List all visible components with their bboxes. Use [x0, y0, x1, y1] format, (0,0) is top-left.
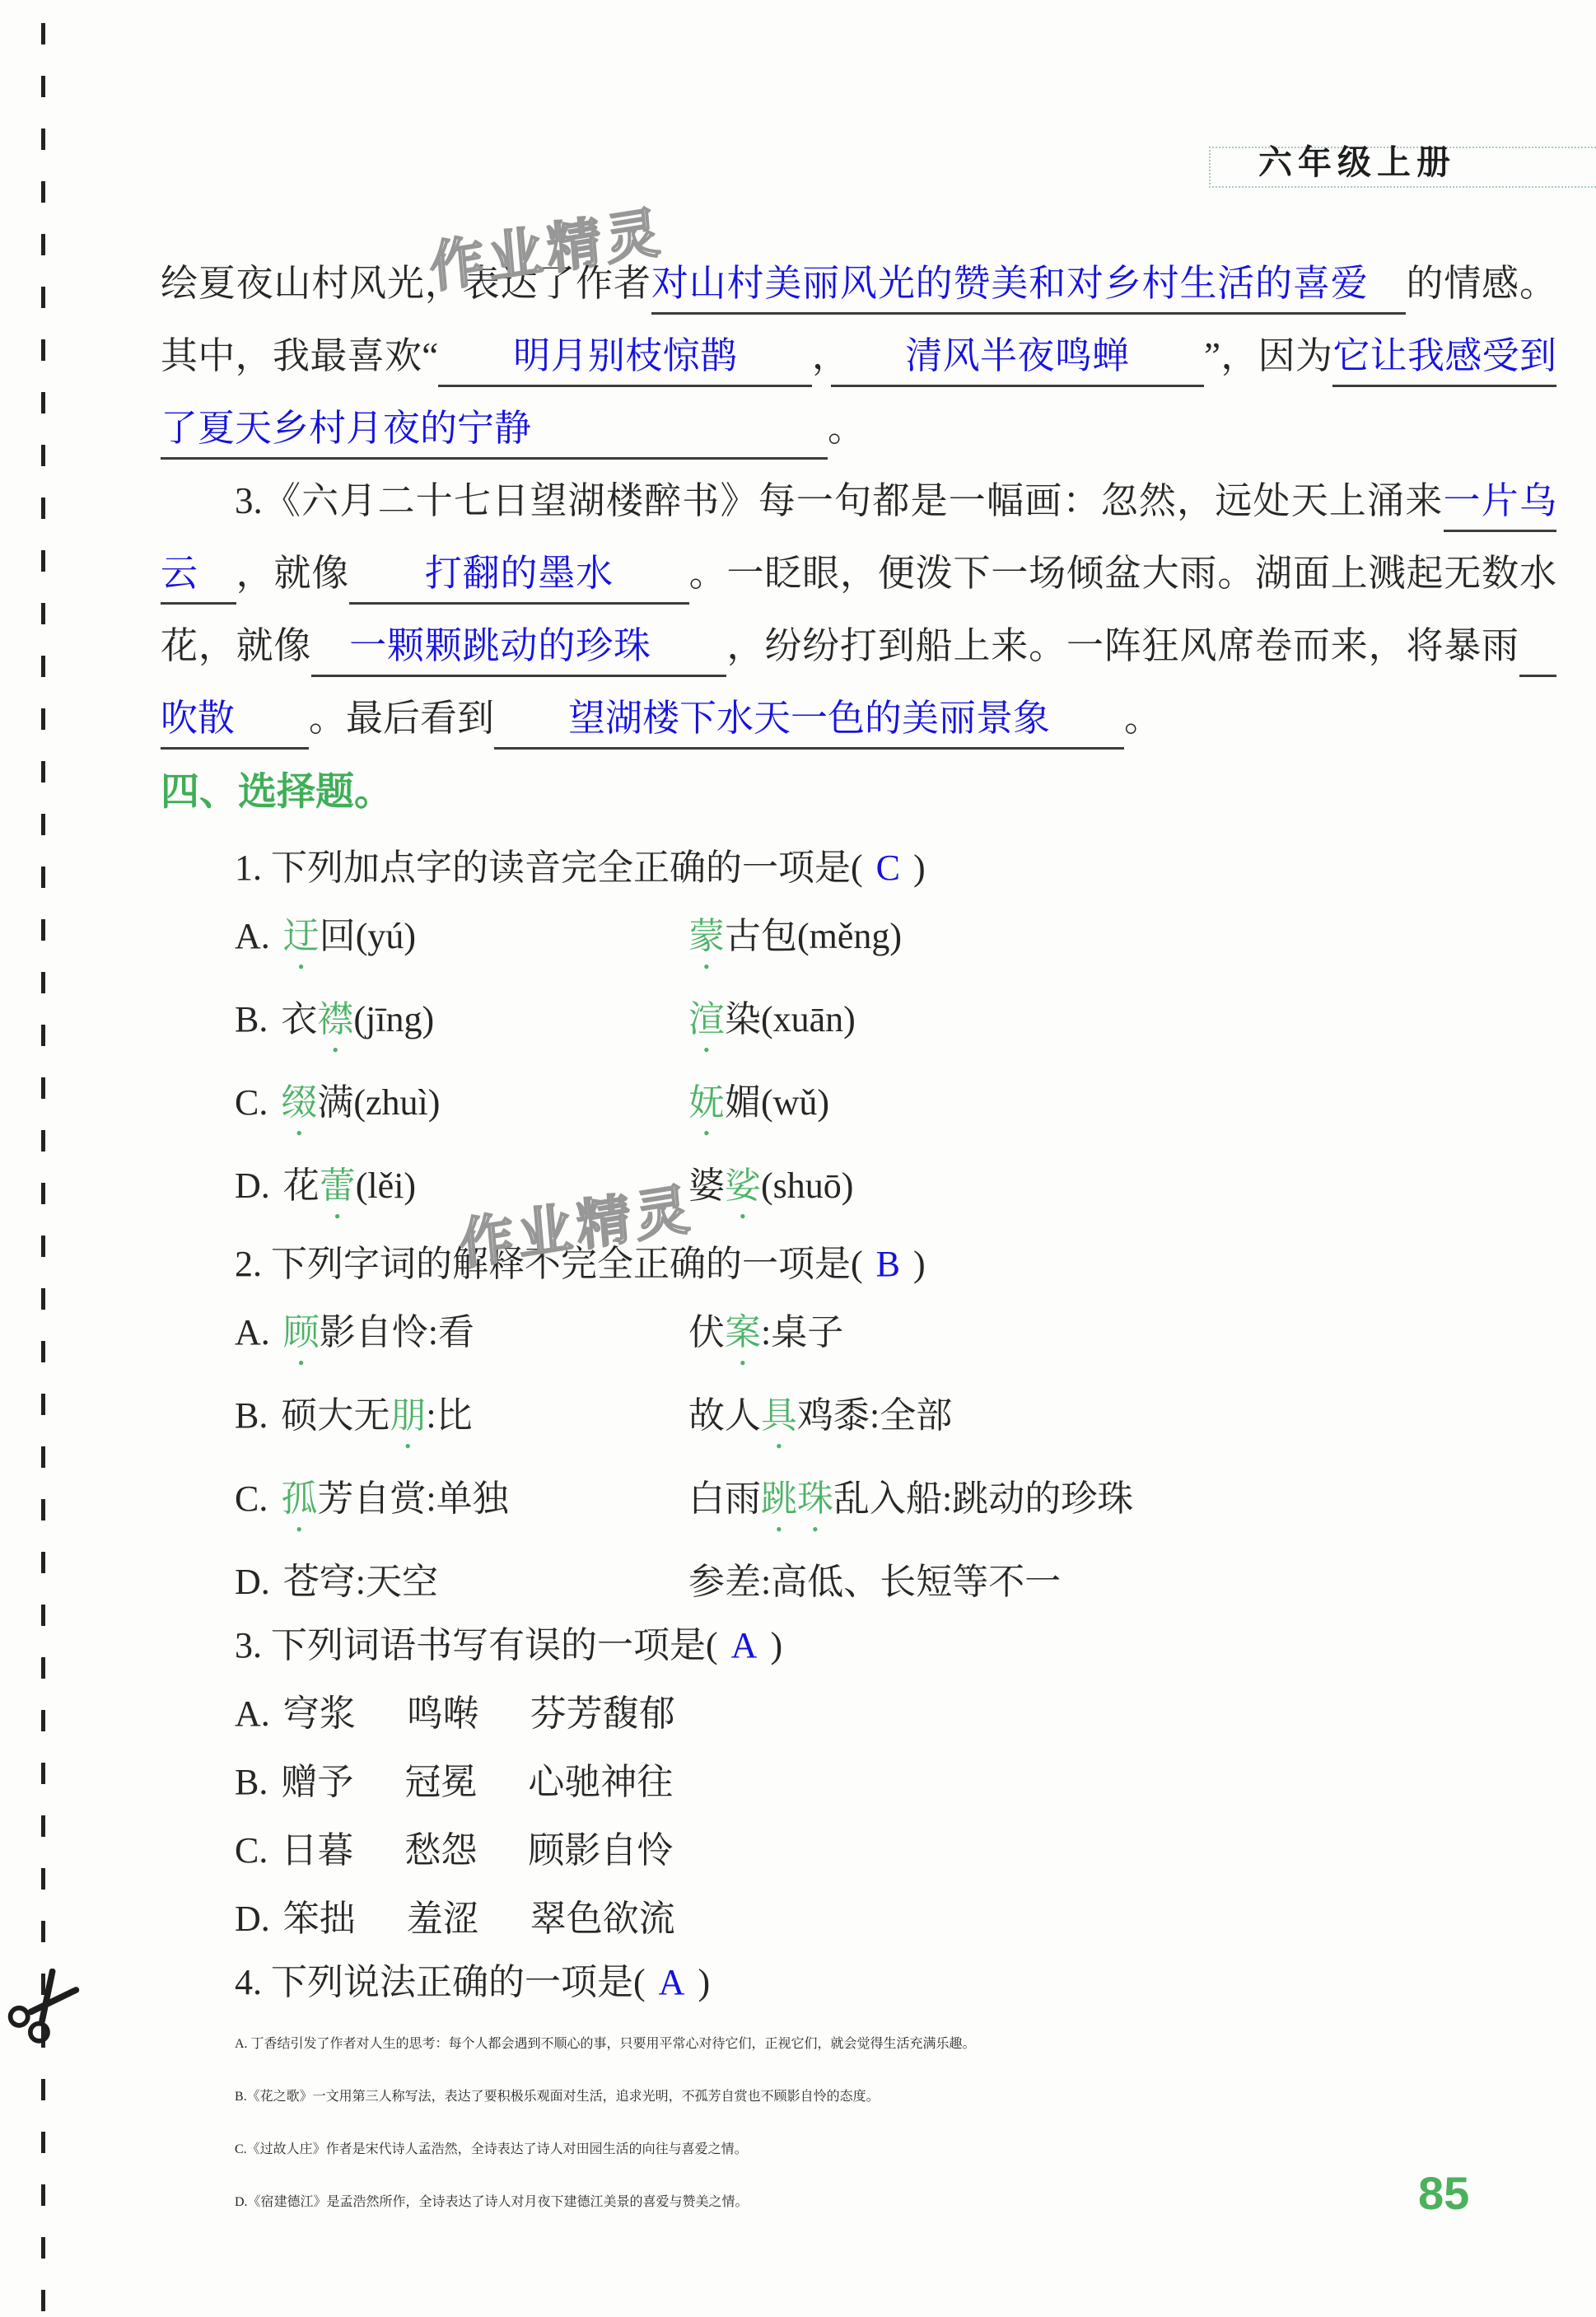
question-2-options-row: D.苍穹:天空参差:高低、长短等不一 — [161, 1556, 1556, 1608]
dotted-char: 朋 — [390, 1395, 426, 1436]
text-run: 回(yú) — [320, 916, 416, 956]
question-2-options-row: A.顾影自怜:看伏案:桌子 — [161, 1306, 1556, 1373]
text-run: ， — [812, 335, 831, 376]
option-word: 心驰神往 — [528, 1756, 673, 1808]
answer-letter: A — [718, 1625, 771, 1665]
dotted-char: 蕾 — [320, 1166, 356, 1206]
answer-blank: 一颗颗跳动的珍珠 — [311, 625, 726, 677]
section-heading: 四、选择题。 — [161, 754, 1556, 830]
text-run: B.《花之歌》一文用第三人称写法，表达了要积极乐观面对生活，追求光明，不孤芳自赏… — [235, 2090, 880, 2104]
option-cell-left: B.硕大无朋:比 — [235, 1390, 688, 1456]
answer-letter: B — [863, 1244, 913, 1284]
option-label: D. — [235, 1562, 270, 1602]
question-4-option-d: D.《宿建德江》是孟浩然所作，全诗表达了诗人对月夜下建德江美景的喜爱与赞美之情。 — [161, 2176, 1556, 2229]
text-run: 。最后看到 — [309, 698, 494, 739]
text-run: ) — [913, 1244, 926, 1284]
option-word: 鸣啭 — [407, 1688, 479, 1740]
question-4-stem: 4. 下列说法正确的一项是(A) — [161, 1956, 1556, 2008]
option-word: 日暮 — [281, 1824, 353, 1876]
text-run: A. 丁香结引发了作者对人生的思考：每个人都会遇到不顺心的事，只要用平常心对待它… — [235, 2037, 976, 2051]
text-run: 白雨 — [688, 1478, 761, 1519]
grade-header-title: 六年级上册 — [1258, 135, 1596, 184]
question-3-options-row: C.日暮愁怨顾影自怜 — [161, 1824, 1556, 1876]
text-run: (shuō) — [761, 1166, 853, 1206]
option-label: A. — [235, 916, 270, 956]
option-word: 芬芳馥郁 — [530, 1688, 675, 1740]
text-run: :桌子 — [761, 1312, 843, 1352]
option-label: C. — [235, 1478, 268, 1519]
option-cell-right: 参差:高低、长短等不一 — [688, 1556, 1556, 1608]
text-run: ) — [698, 1962, 710, 2002]
question-2-options-row: C.孤芳自赏:单独白雨跳珠乱入船:跳动的珍珠 — [161, 1473, 1556, 1539]
option-label: D. — [235, 1899, 270, 1939]
fill-paragraph-2: 3.《六月二十七日望湖楼醉书》每一句都是一幅画：忽然，远处天上涌来一片乌云 ，就… — [161, 465, 1556, 754]
dotted-char: 孤 — [281, 1478, 317, 1519]
option-label: D. — [235, 1166, 270, 1206]
question-4-option-a: A. 丁香结引发了作者对人生的思考：每个人都会遇到不顺心的事，只要用平常心对待它… — [161, 2018, 1556, 2071]
question-1-options-row: C.缀满(zhuì)妩媚(wǔ) — [161, 1077, 1556, 1143]
option-label: A. — [235, 1693, 270, 1734]
text-run: 。 — [828, 408, 865, 449]
question-3-stem: 3. 下列词语书写有误的一项是(A) — [161, 1619, 1556, 1671]
option-cell-right: 故人具鸡黍:全部 — [688, 1390, 1556, 1456]
option-cell-left: C.孤芳自赏:单独 — [235, 1473, 688, 1539]
scissors-icon — [3, 1969, 82, 2048]
question-3-options-row: D.笨拙羞涩翠色欲流 — [161, 1893, 1556, 1945]
dotted-char: 蒙 — [688, 916, 725, 956]
text-run: 古包(měng) — [725, 916, 902, 956]
text-run: 。 — [1124, 698, 1161, 739]
option-label: B. — [235, 1762, 268, 1802]
option-word: 冠冕 — [404, 1756, 477, 1808]
text-run: 1. 下列加点字的读音完全正确的一项是( — [235, 848, 863, 888]
dotted-char: 具 — [761, 1395, 797, 1436]
text-run: 伏 — [688, 1312, 725, 1352]
text-run: 影自怜:看 — [320, 1312, 474, 1352]
option-cell-right: 妩媚(wǔ) — [688, 1077, 1556, 1143]
dotted-char: 案 — [725, 1312, 761, 1352]
dotted-char: 缀 — [281, 1082, 317, 1123]
text-run: :比 — [426, 1395, 472, 1436]
text-run: 媚(wǔ) — [725, 1082, 829, 1123]
text-run: ，就像 — [236, 553, 350, 594]
option-word: 穹浆 — [283, 1688, 356, 1740]
answer-letter: C — [863, 848, 913, 888]
question-2-stem: 2. 下列字词的解释不完全正确的一项是(B) — [161, 1238, 1556, 1290]
option-cell-right: 婆娑(shuō) — [688, 1160, 1556, 1226]
text-run: (lěi) — [356, 1166, 416, 1206]
option-word: 翠色欲流 — [530, 1893, 675, 1945]
text-run: (jīng) — [353, 999, 434, 1039]
option-cell-right: 白雨跳珠乱入船:跳动的珍珠 — [688, 1473, 1556, 1539]
question-3-options-row: A.穹浆鸣啭芬芳馥郁 — [161, 1688, 1556, 1740]
text-run: 3.《六月二十七日望湖楼醉书》每一句都是一幅画：忽然，远处天上涌来 — [235, 480, 1444, 521]
text-run: 鸡黍:全部 — [797, 1395, 952, 1436]
text-run: ”，因为 — [1204, 335, 1332, 376]
text-run: 芳自赏:单独 — [317, 1478, 508, 1519]
grade-header-box: 六年级上册 — [1209, 147, 1596, 188]
text-run: 染(xuān) — [725, 999, 856, 1039]
option-label: B. — [235, 1395, 268, 1436]
answer-blank: 明月别枝惊鹊 — [438, 335, 812, 387]
dotted-char: 渲 — [688, 999, 725, 1039]
dotted-char: 妩 — [688, 1082, 725, 1123]
answer-blank: 清风半夜鸣蝉 — [831, 335, 1204, 387]
option-word: 愁怨 — [404, 1824, 477, 1876]
question-2-options-row: B.硕大无朋:比故人具鸡黍:全部 — [161, 1390, 1556, 1456]
workbook-page: 六年级上册 作业精灵 作业精灵 绘夏夜山村风光，表达了作者对山村美丽风光的赞美和… — [0, 0, 1596, 2317]
option-cell-left: A.顾影自怜:看 — [235, 1306, 688, 1373]
text-run: 婆 — [688, 1166, 725, 1206]
option-label: B. — [235, 999, 268, 1039]
option-cell-left: A.迂回(yú) — [235, 910, 688, 977]
text-run: 满(zhuì) — [317, 1082, 440, 1123]
question-4-option-c: C.《过故人庄》作者是宋代诗人孟浩然，全诗表达了诗人对田园生活的向往与喜爱之情。 — [161, 2123, 1556, 2176]
text-run: 4. 下列说法正确的一项是( — [235, 1962, 646, 2002]
option-cell-left: C.缀满(zhuì) — [235, 1077, 688, 1143]
dotted-char: 娑 — [725, 1166, 761, 1206]
option-cell-right: 伏案:桌子 — [688, 1306, 1556, 1373]
dotted-char: 襟 — [317, 999, 353, 1039]
text-run: C.《过故人庄》作者是宋代诗人孟浩然，全诗表达了诗人对田园生活的向往与喜爱之情。 — [235, 2142, 748, 2156]
answer-letter: A — [646, 1962, 698, 2002]
answer-blank: 打翻的墨水 — [349, 553, 689, 605]
text-run: 衣 — [281, 999, 317, 1039]
exercise-content: 绘夏夜山村风光，表达了作者对山村美丽风光的赞美和对乡村生活的喜爱 的情感。其中，… — [161, 247, 1556, 2229]
text-run: 故人 — [688, 1395, 761, 1436]
dotted-char: 顾 — [283, 1312, 320, 1352]
question-3-options-row: B.赠予冠冕心驰神往 — [161, 1756, 1556, 1808]
question-1-options-row: A.迂回(yú)蒙古包(měng) — [161, 910, 1556, 977]
option-label: C. — [235, 1082, 268, 1123]
answer-blank: 对山村美丽风光的赞美和对乡村生活的喜爱 — [651, 263, 1407, 315]
option-word: 羞涩 — [407, 1893, 479, 1945]
option-word: 笨拙 — [283, 1893, 356, 1945]
question-1-options-row: D.花蕾(lěi)婆娑(shuō) — [161, 1160, 1556, 1226]
option-cell-right: 蒙古包(měng) — [688, 910, 1556, 977]
question-1-options-row: B.衣襟(jīng)渲染(xuān) — [161, 993, 1556, 1060]
text-run: D.《宿建德江》是孟浩然所作，全诗表达了诗人对月夜下建德江美景的喜爱与赞美之情。 — [235, 2195, 749, 2209]
option-cell-left: D.苍穹:天空 — [235, 1556, 688, 1608]
text-run: ) — [913, 848, 926, 888]
text-run: 硕大无 — [281, 1395, 390, 1436]
dotted-char: 迂 — [283, 916, 320, 956]
option-word: 顾影自怜 — [528, 1824, 673, 1876]
text-run: 乱入船:跳动的珍珠 — [833, 1478, 1133, 1519]
text-run: ，纷纷打到船上来。一阵狂风席卷而来，将暴雨 — [726, 625, 1519, 666]
option-cell-right: 渲染(xuān) — [688, 993, 1556, 1060]
option-word: 赠予 — [281, 1756, 353, 1808]
fill-paragraph-1: 绘夏夜山村风光，表达了作者对山村美丽风光的赞美和对乡村生活的喜爱 的情感。其中，… — [161, 247, 1556, 465]
question-4-option-b: B.《花之歌》一文用第三人称写法，表达了要积极乐观面对生活，追求光明，不孤芳自赏… — [161, 2071, 1556, 2123]
text-run: 苍穹:天空 — [283, 1562, 438, 1602]
option-label: C. — [235, 1830, 268, 1871]
option-cell-left: B.衣襟(jīng) — [235, 993, 688, 1060]
text-run: 3. 下列词语书写有误的一项是( — [235, 1625, 718, 1665]
answer-blank: 望湖楼下水天一色的美丽景象 — [494, 698, 1124, 750]
page-number: 85 — [1418, 2166, 1469, 2220]
option-label: A. — [235, 1312, 270, 1352]
text-run: 参差:高低、长短等不一 — [688, 1562, 1061, 1602]
text-run: ) — [770, 1625, 782, 1665]
dotted-char: 跳珠 — [761, 1478, 833, 1519]
text-run: 花 — [283, 1166, 320, 1206]
question-1-stem: 1. 下列加点字的读音完全正确的一项是(C) — [161, 842, 1556, 894]
